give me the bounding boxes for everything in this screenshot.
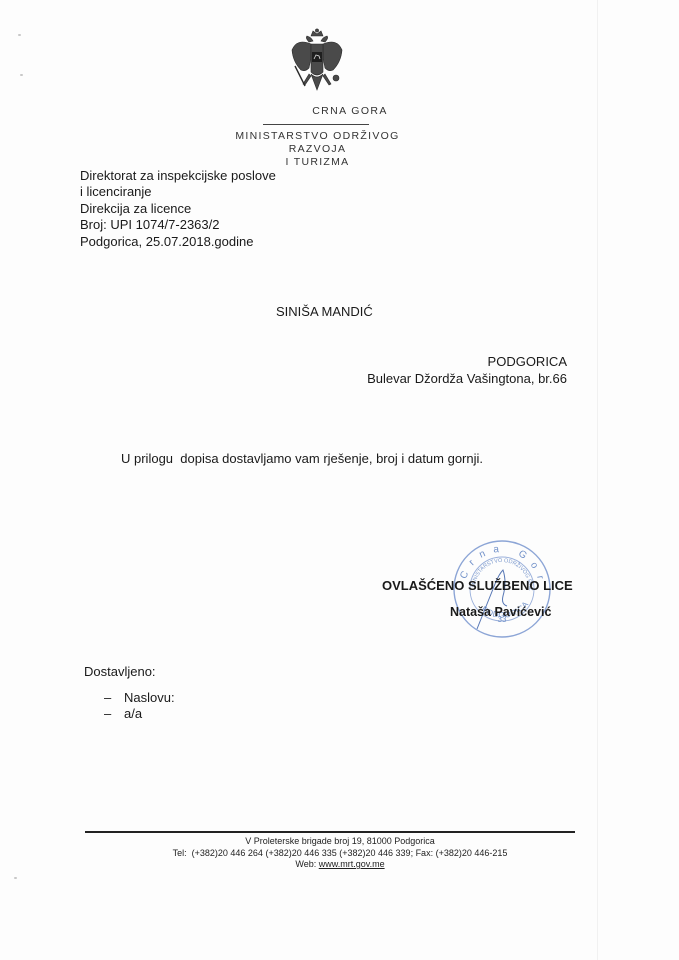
delivered-item-text: a/a	[124, 706, 142, 722]
recipient-name: SINIŠA MANDIĆ	[276, 304, 373, 319]
letter-body: U prilogu dopisa dostavljamo vam rješenj…	[121, 451, 483, 466]
scan-speck	[20, 74, 23, 76]
footer: V Proleterske brigade broj 19, 81000 Pod…	[80, 836, 600, 871]
list-item: – a/a	[104, 706, 175, 722]
delivered-to-list: – Naslovu: – a/a	[104, 690, 175, 722]
sender-block: Direktorat za inspekcijske poslove i lic…	[80, 168, 276, 250]
place-and-date: Podgorica, 25.07.2018.godine	[80, 234, 276, 250]
ministry-line-1: MINISTARSTVO ODRŽIVOG RAZVOJA	[205, 130, 430, 156]
header-divider	[263, 124, 369, 125]
montenegro-coat-of-arms-icon	[287, 28, 347, 100]
footer-address: V Proleterske brigade broj 19, 81000 Pod…	[80, 836, 600, 848]
scan-speck	[14, 877, 17, 879]
footer-web-label: Web:	[295, 859, 318, 869]
scan-edge-line	[597, 0, 598, 960]
authorized-official-name: Nataša Pavićević	[450, 605, 551, 619]
sender-department: Direkcija za licence	[80, 201, 276, 217]
dash-bullet: –	[104, 706, 124, 722]
delivered-item-text: Naslovu:	[124, 690, 175, 706]
scan-speck	[18, 34, 21, 36]
sender-directorate-cont: i licenciranje	[80, 184, 276, 200]
recipient-address: Bulevar Džordža Vašingtona, br.66	[367, 371, 567, 386]
footer-divider	[85, 831, 575, 833]
dash-bullet: –	[104, 690, 124, 706]
list-item: – Naslovu:	[104, 690, 175, 706]
footer-web: Web: www.mrt.gov.me	[80, 859, 600, 871]
footer-phones: Tel: (+382)20 446 264 (+382)20 446 335 (…	[80, 848, 600, 860]
website-link[interactable]: www.mrt.gov.me	[319, 859, 385, 869]
country-name: CRNA GORA	[250, 105, 450, 117]
delivered-to-label: Dostavljeno:	[84, 664, 156, 679]
document-page: CRNA GORA MINISTARSTVO ODRŽIVOG RAZVOJA …	[0, 0, 679, 960]
sender-directorate: Direktorat za inspekcijske poslove	[80, 168, 276, 184]
ministry-name: MINISTARSTVO ODRŽIVOG RAZVOJA I TURIZMA	[205, 130, 430, 169]
recipient-city: PODGORICA	[488, 354, 567, 369]
authorized-official-title: OVLAŠĆENO SLUŽBENO LICE	[382, 578, 573, 593]
reference-number: Broj: UPI 1074/7-2363/2	[80, 217, 276, 233]
